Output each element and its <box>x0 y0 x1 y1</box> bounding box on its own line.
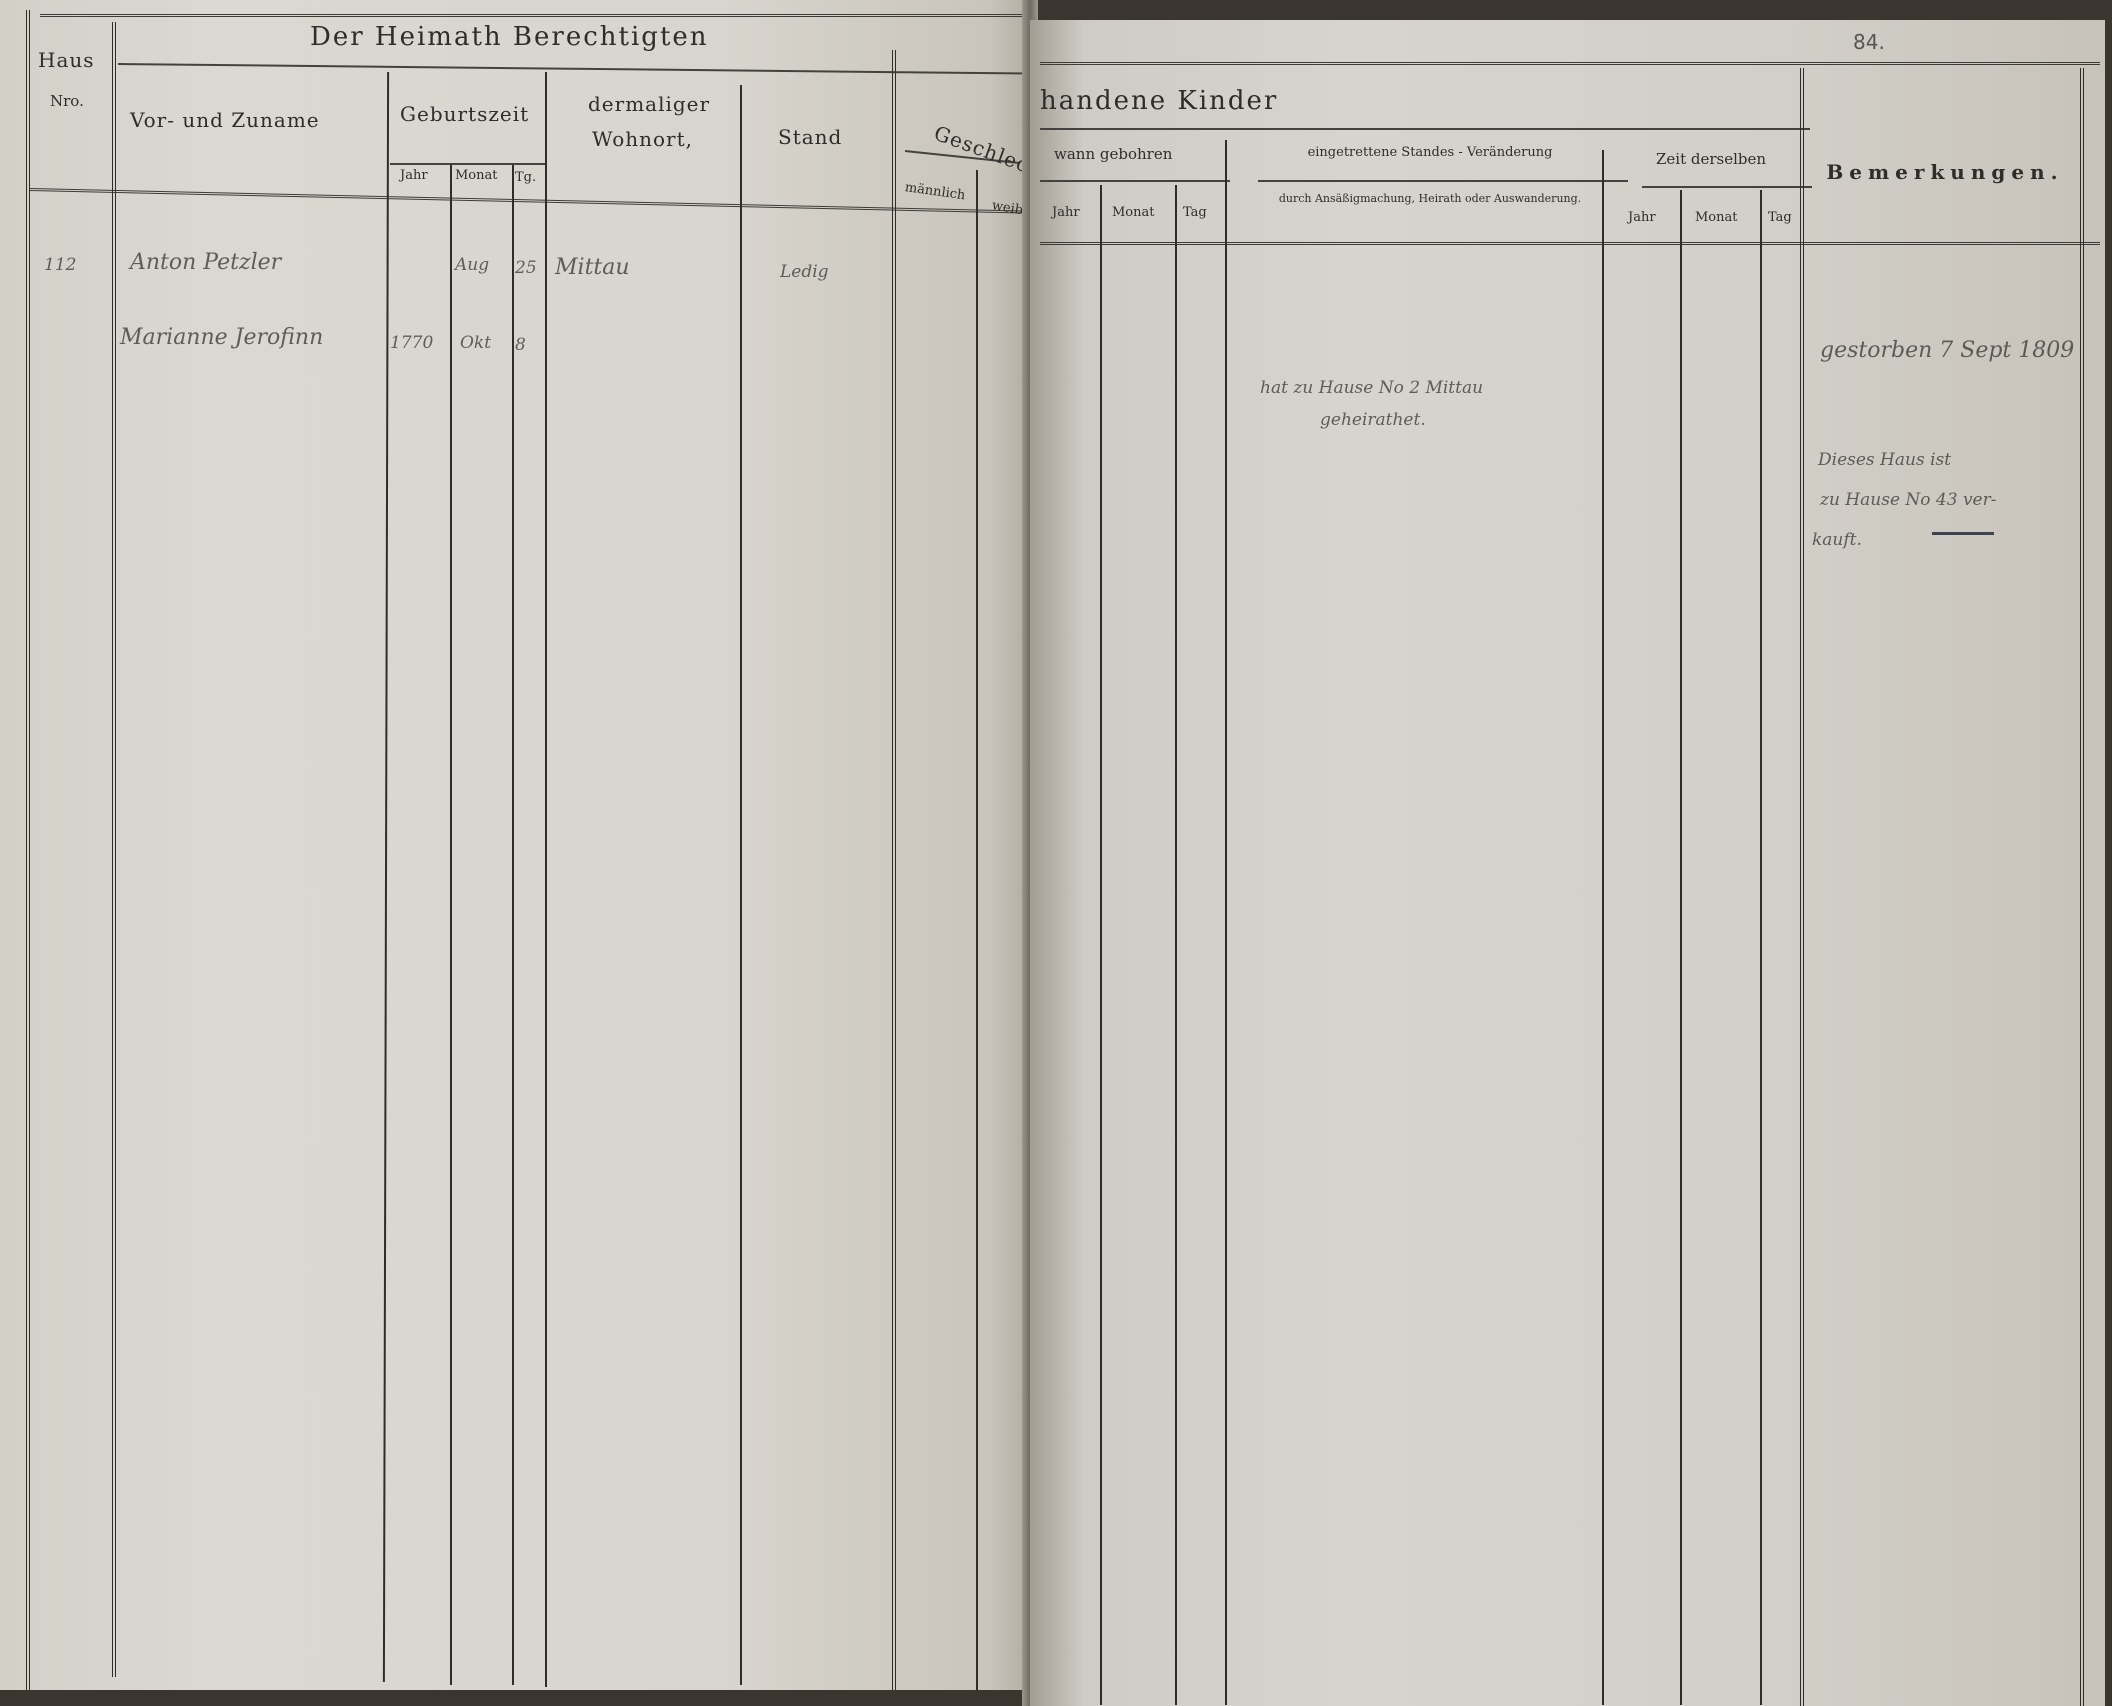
time-month-header: Monat <box>1695 210 1738 225</box>
entry-2-name: Marianne Jerofinn <box>120 325 323 350</box>
remark-2-line3: kauft. <box>1812 530 1862 550</box>
time-sub-rule <box>1642 186 1812 188</box>
col-divider-change <box>1602 150 1604 1705</box>
col-divider-name <box>383 72 389 1682</box>
group-title-heimath: Der Heimath Berechtigten <box>310 22 709 52</box>
time-day-header: Tag <box>1768 210 1792 225</box>
left-border <box>26 10 30 1690</box>
residence-header-line2: Wohnort, <box>592 127 693 151</box>
top-rule <box>40 14 1030 17</box>
right-page: 84. handene Kinder wann gebohren Jahr Mo… <box>1030 20 2105 1706</box>
remark-2-line1: Dieses Haus ist <box>1818 450 1951 470</box>
born-column-header: wann gebohren <box>1054 145 1172 163</box>
remark-death-date: gestorben 7 Sept 1809 <box>1820 338 2074 363</box>
birth-sub-rule <box>390 163 545 165</box>
remark-2-line2: zu Hause No 43 ver- <box>1820 490 1997 510</box>
nro-label: Nro. <box>50 92 84 110</box>
col-divider-time-year <box>1680 190 1682 1705</box>
name-column-header: Vor- und Zuname <box>130 108 320 132</box>
born-year-header: Jahr <box>1052 205 1080 220</box>
entry-2-day: 8 <box>515 335 526 355</box>
remark-underline <box>1932 532 1994 535</box>
col-divider-born <box>1225 140 1227 1705</box>
left-page: Haus Nro. Der Heimath Berechtigten Vor- … <box>0 0 1030 1690</box>
birth-month-header: Monat <box>455 168 498 183</box>
change-sub-header: durch Ansäßigmachung, Heirath oder Auswa… <box>1270 192 1590 206</box>
group-rule <box>1040 128 1810 130</box>
haus-label: Haus <box>38 48 95 72</box>
col-divider-birth <box>545 72 547 1687</box>
open-register-book: Haus Nro. Der Heimath Berechtigten Vor- … <box>0 0 2112 1706</box>
entry-2-year: 1770 <box>390 333 433 353</box>
top-rule <box>1040 62 2100 65</box>
born-month-header: Monat <box>1112 205 1155 220</box>
sex-male-header: männlich <box>904 180 966 203</box>
born-sub-rule <box>1040 180 1230 182</box>
remarks-column-header: Bemerkungen. <box>1815 160 2075 184</box>
change-note-line1: hat zu Hause No 2 Mittau <box>1260 378 1483 398</box>
col-divider-status <box>892 50 896 1690</box>
entry-1-status: Ledig <box>780 262 829 282</box>
col-divider-haus <box>112 22 116 1677</box>
col-divider-born-year <box>1100 185 1102 1705</box>
change-column-header: eingetrettene Standes - Veränderung <box>1260 145 1600 160</box>
birth-day-header: Tg. <box>515 170 536 185</box>
change-note-line2: geheirathet. <box>1320 410 1426 430</box>
time-year-header: Jahr <box>1628 210 1656 225</box>
entry-1-day: 25 <box>515 258 537 278</box>
col-divider-sex <box>976 170 978 1690</box>
group-title-children: handene Kinder <box>1040 86 1278 116</box>
header-bottom-rule <box>30 188 1030 214</box>
residence-header-line1: dermaliger <box>588 92 710 116</box>
entry-2-month: Okt <box>460 333 491 353</box>
col-divider-time <box>1800 68 1804 1706</box>
col-divider-born-month <box>1175 185 1177 1705</box>
entry-1-name: Anton Petzler <box>130 250 281 275</box>
birth-column-header: Geburtszeit <box>400 102 529 126</box>
entry-1-house-no: 112 <box>44 255 76 275</box>
col-divider-residence <box>740 85 742 1685</box>
col-divider-time-month <box>1760 190 1762 1705</box>
entry-1-residence: Mittau <box>555 255 630 280</box>
page-number: 84. <box>1853 30 1885 54</box>
col-divider-year <box>450 165 452 1685</box>
time-column-header: Zeit derselben <box>1626 150 1796 168</box>
right-border <box>2080 68 2084 1706</box>
born-day-header: Tag <box>1183 205 1207 220</box>
entry-1-month: Aug <box>455 255 489 275</box>
header-bottom-rule <box>1040 242 2100 245</box>
col-divider-month <box>512 165 514 1685</box>
status-column-header: Stand <box>778 125 842 149</box>
change-sub-rule <box>1258 180 1628 182</box>
birth-year-header: Jahr <box>400 168 428 183</box>
